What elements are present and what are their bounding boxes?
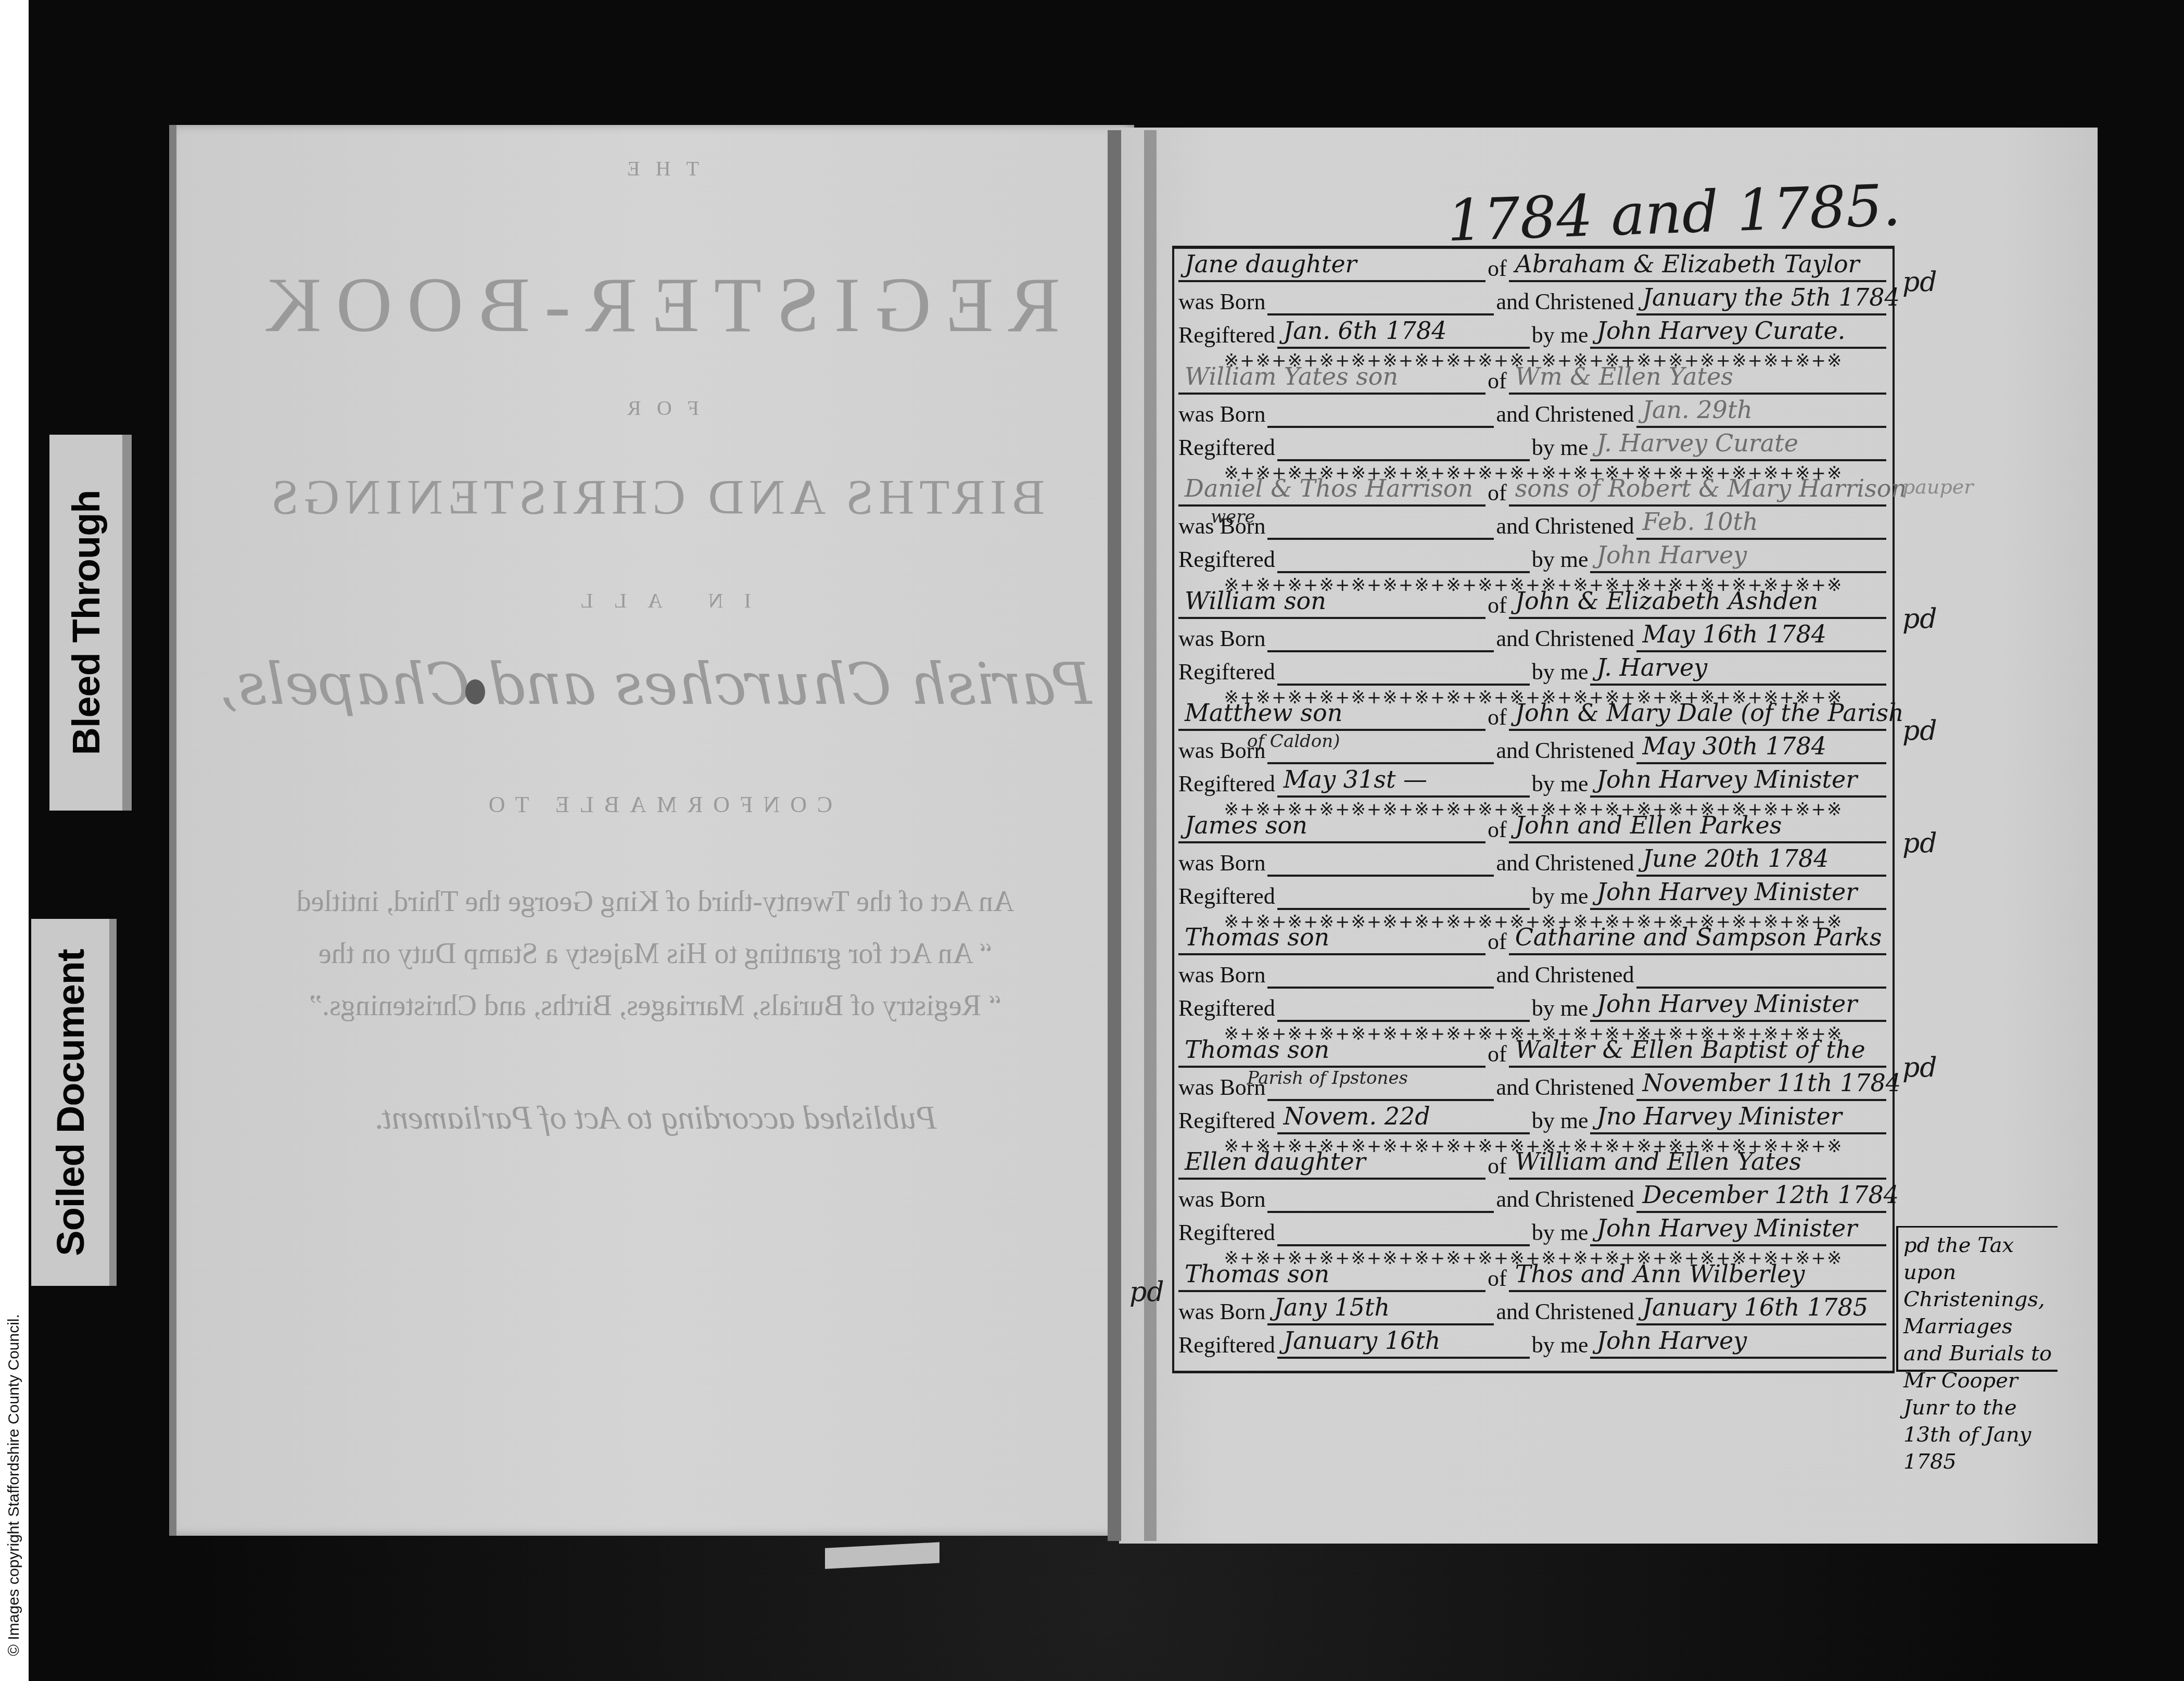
christened-field: December 12th 1784 [1636,1181,1886,1213]
parents-name: John and Ellen Parkes [1515,811,1782,839]
of-label: of [1488,818,1507,843]
and-christened-label: and Christened [1496,1188,1634,1213]
parents-name: Catharine and Sampson Parks [1515,923,1882,951]
margin-annotation: pd [1129,1276,1164,1308]
entry-name-row: Thomas son of Walter & Ellen Baptist of … [1174,1034,1893,1068]
by-field: J. Harvey [1590,653,1886,686]
parents-field: Wm & Ellen Yates [1509,362,1886,395]
registered-field [1277,990,1530,1022]
child-name: Matthew son [1185,699,1342,727]
registered-field [1277,429,1530,461]
bleed-act-line-3: “ Registry of Burials, Marriages, Births… [176,989,1134,1022]
registered-label: Regiftered [1178,1221,1275,1246]
by-me-label: by me [1532,997,1589,1022]
of-label: of [1488,1155,1507,1180]
and-christened-label: and Christened [1496,290,1634,315]
bleed-through-tag: Bleed Through [49,435,132,811]
register-entry: James son of John and Ellen Parkes was B… [1174,810,1893,922]
was-born-label: was Born [1178,1300,1265,1325]
registered-label: Regiftered [1178,885,1275,910]
registered-field [1277,1214,1530,1246]
registered-label: Regiftered [1178,436,1275,461]
registrar-name: John Harvey [1596,1326,1747,1355]
by-field: John Harvey Minister [1590,990,1886,1022]
of-label: of [1488,1267,1507,1292]
and-christened-label: and Christened [1496,515,1634,540]
tax-margin-note: pd the Tax upon Christenings, Marriages … [1896,1226,2058,1372]
entry-registered-row: Regiftered January 16th by me John Harve… [1174,1325,1893,1359]
was-born-label: was Born [1178,964,1265,989]
registered-label: Regiftered [1178,773,1275,798]
registrar-name: Jno Harvey Minister [1596,1102,1842,1130]
by-me-label: by me [1532,436,1589,461]
child-field: William Yates son [1178,362,1485,395]
christened-field: January the 5th 1784 [1636,283,1886,315]
entry-born-row: was Born and Christened May 16th 1784 [1174,619,1893,652]
child-name: William Yates son [1185,362,1398,390]
and-christened-label: and Christened [1496,852,1634,877]
parents-name: John & Elizabeth Ashden [1515,587,1818,615]
registered-date: Jan. 6th 1784 [1284,317,1447,345]
born-field [1267,1181,1494,1213]
registrar-name: J. Harvey Curate [1596,429,1798,457]
christened-field: November 11th 1784 [1636,1069,1886,1101]
child-field: Ellen daughter [1178,1147,1485,1180]
spine-stain [1108,130,1121,1541]
christened-date: January 16th 1785 [1643,1293,1868,1321]
bleed-in-all: IN ALL [176,588,1134,613]
was-born-label: was Born [1178,290,1265,315]
of-label: of [1488,482,1507,507]
entry-born-row: was Born Jany 15th and Christened Januar… [1174,1292,1893,1325]
bleed-through-label: Bleed Through [64,490,108,755]
entry-name-row: Daniel & Thos Harrison of sons of Robert… [1174,473,1893,507]
christened-date: Feb. 10th [1643,508,1758,536]
christened-date: Jan. 29th [1643,396,1753,424]
soiled-document-tag: Soiled Document [31,919,117,1286]
entry-name-row: Thomas son of Thos and Ann Wilberley [1174,1259,1893,1292]
born-field [1267,844,1494,877]
by-field: J. Harvey Curate [1590,429,1886,461]
registrar-name: John Harvey Minister [1596,765,1857,793]
by-me-label: by me [1532,661,1589,686]
entry-born-row: was Born and Christened Feb. 10th [1174,507,1893,540]
child-field: Jane daughter [1178,250,1485,282]
and-christened-label: and Christened [1496,964,1634,989]
child-field: Thomas son [1178,1260,1485,1292]
child-field: William son [1178,587,1485,619]
born-field [1267,283,1494,315]
registrar-name: John Harvey Minister [1596,1214,1857,1242]
register-table: Jane daughter of Abraham & Elizabeth Tay… [1172,246,1895,1373]
by-me-label: by me [1532,1109,1589,1134]
registered-label: Regiftered [1178,661,1275,686]
child-name: James son [1185,811,1307,839]
margin-annotation: pd [1902,267,1937,298]
registered-date: May 31st — [1284,765,1427,793]
copyright-strip: © Images copyright Staffordshire County … [0,0,29,1681]
parents-name: Walter & Ellen Baptist of the [1515,1035,1865,1064]
parents-field: John & Elizabeth Ashden [1509,587,1886,619]
child-field: Thomas son [1178,1035,1485,1068]
child-name: Daniel & Thos Harrison [1185,474,1473,502]
entry-born-row: was Born and Christened December 12th 17… [1174,1180,1893,1213]
registered-label: Regiftered [1178,324,1275,349]
of-label: of [1488,706,1507,731]
interlinear-note: Parish of Ipstones [1247,1068,1408,1089]
interlinear-note: were [1211,507,1255,527]
registrar-name: John Harvey [1596,541,1747,569]
entry-name-row: William son of John & Elizabeth Ashden [1174,586,1893,619]
registered-label: Regiftered [1178,997,1275,1022]
register-entry: Ellen daughter of William and Ellen Yate… [1174,1146,1893,1259]
entry-born-row: was Born and Christened June 20th 1784 [1174,843,1893,877]
register-entry: Thomas son of Catharine and Sampson Park… [1174,922,1893,1034]
registered-label: Regiftered [1178,1109,1275,1134]
child-name: Jane daughter [1185,250,1357,278]
entry-registered-row: Regiftered by me John Harvey Minister [1174,1213,1893,1246]
by-me-label: by me [1532,548,1589,573]
registered-field [1277,878,1530,910]
copyright-notice: © Images copyright Staffordshire County … [5,1314,23,1656]
registered-field [1277,541,1530,573]
by-me-label: by me [1532,1334,1589,1359]
entry-registered-row: Regiftered by me J. Harvey Curate [1174,428,1893,461]
register-entry: Daniel & Thos Harrison of sons of Robert… [1174,473,1893,586]
bleed-the: THE [176,156,1134,181]
parents-name: John & Mary Dale (of the Parish [1515,699,1904,727]
christened-field: June 20th 1784 [1636,844,1886,877]
registered-label: Regiftered [1178,548,1275,573]
of-label: of [1488,257,1507,282]
parents-field: William and Ellen Yates [1509,1147,1886,1180]
margin-annotation: pd [1902,715,1937,747]
entry-name-row: Thomas son of Catharine and Sampson Park… [1174,922,1893,955]
born-field [1267,956,1494,989]
register-entry: Thomas son of Thos and Ann Wilberley was… [1174,1259,1893,1371]
christened-date: May 16th 1784 [1643,620,1826,648]
register-entry: Thomas son of Walter & Ellen Baptist of … [1174,1034,1893,1147]
register-entry: Matthew son of John & Mary Dale (of the … [1174,698,1893,810]
and-christened-label: and Christened [1496,403,1634,428]
bleed-parish-churches: Parish Churches and Chapels, [176,651,1134,717]
by-field: John Harvey [1590,1326,1886,1359]
child-name: Thomas son [1185,923,1329,951]
by-me-label: by me [1532,324,1589,349]
registered-label: Regiftered [1178,1334,1275,1359]
born-date: Jany 15th [1274,1293,1390,1321]
registrar-name: John Harvey Minister [1596,878,1857,906]
parents-name: sons of Robert & Mary Harrison [1515,474,1907,502]
christened-field: Feb. 10th [1636,508,1886,540]
bleed-conformable: CONFORMABLE TO [176,791,1134,818]
child-field: Thomas son [1178,923,1485,955]
bleed-published: Published according to Act of Parliament… [176,1098,1134,1137]
of-label: of [1488,1043,1507,1068]
was-born-label: was Born [1178,852,1265,877]
soiled-document-label: Soiled Document [48,949,93,1256]
registered-date: January 16th [1284,1326,1441,1355]
entry-born-row: was Born and Christened [1174,955,1893,989]
born-field [1267,396,1494,428]
and-christened-label: and Christened [1496,739,1634,764]
christened-date: December 12th 1784 [1643,1181,1899,1209]
child-field: Matthew son [1178,699,1485,731]
entry-name-row: James son of John and Ellen Parkes [1174,810,1893,843]
interlinear-note: of Caldon) [1247,731,1340,752]
parents-field: Walter & Ellen Baptist of the [1509,1035,1886,1068]
register-entry: William Yates son of Wm & Ellen Yates wa… [1174,361,1893,474]
of-label: of [1488,370,1507,395]
register-entry: Jane daughter of Abraham & Elizabeth Tay… [1174,249,1893,361]
entry-registered-row: Regiftered by me J. Harvey [1174,652,1893,686]
and-christened-label: and Christened [1496,1076,1634,1101]
by-field: Jno Harvey Minister [1590,1102,1886,1134]
margin-annotation: pauper [1902,475,1973,498]
by-me-label: by me [1532,885,1589,910]
child-name: William son [1185,587,1326,615]
and-christened-label: and Christened [1496,627,1634,652]
entry-registered-row: Regiftered by me John Harvey [1174,540,1893,573]
and-christened-label: and Christened [1496,1300,1634,1325]
parents-field: John & Mary Dale (of the Parish [1509,699,1886,731]
parents-field: John and Ellen Parkes [1509,811,1886,843]
by-field: John Harvey [1590,541,1886,573]
child-name: Thomas son [1185,1035,1329,1064]
bleed-for: FOR [176,396,1134,420]
margin-annotation: pd [1902,603,1937,635]
born-field: Jany 15th [1267,1293,1494,1325]
christened-field: May 30th 1784 [1636,732,1886,764]
margin-annotation: pd [1902,828,1937,859]
registered-field [1277,653,1530,686]
child-field: Daniel & Thos Harrison [1178,474,1485,507]
bleed-act-line-2: “ An Act for granting to His Majesty a S… [176,937,1134,970]
was-born-label: was Born [1178,627,1265,652]
by-me-label: by me [1532,773,1589,798]
registrar-name: J. Harvey [1596,653,1707,681]
ink-blot [465,679,485,704]
registrar-name: John Harvey Curate. [1596,317,1845,345]
child-name: Thomas son [1185,1260,1329,1288]
registered-field: January 16th [1277,1326,1530,1359]
by-field: John Harvey Minister [1590,878,1886,910]
parents-name: Abraham & Elizabeth Taylor [1515,250,1860,278]
christened-field: January 16th 1785 [1636,1293,1886,1325]
of-label: of [1488,594,1507,619]
entry-registered-row: Regiftered by me John Harvey Minister [1174,877,1893,910]
register-entry: William son of John & Elizabeth Ashden w… [1174,586,1893,698]
bleed-births-christenings: BIRTHS AND CHRISTENINGS [176,469,1134,526]
child-field: James son [1178,811,1485,843]
parents-field: sons of Robert & Mary Harrison [1509,474,1886,507]
christened-date: November 11th 1784 [1643,1069,1901,1097]
parents-field: Thos and Ann Wilberley [1509,1260,1886,1292]
christened-field: May 16th 1784 [1636,620,1886,652]
by-field: John Harvey Curate. [1590,317,1886,349]
by-me-label: by me [1532,1221,1589,1246]
was-born-label: was Born [1178,1188,1265,1213]
entry-born-row: was Born and Christened January the 5th … [1174,282,1893,315]
registered-field: Novem. 22d [1277,1102,1530,1134]
entry-name-row: Matthew son of John & Mary Dale (of the … [1174,698,1893,731]
entry-registered-row: Regiftered by me John Harvey Minister [1174,989,1893,1022]
registrar-name: John Harvey Minister [1596,990,1857,1018]
registered-date: Novem. 22d [1284,1102,1430,1130]
registered-field: May 31st — [1277,765,1530,798]
was-born-label: was Born [1178,403,1265,428]
christened-field: Jan. 29th [1636,396,1886,428]
entry-born-row: was Born and Christened Jan. 29th [1174,395,1893,428]
by-field: John Harvey Minister [1590,1214,1886,1246]
entry-registered-row: Regiftered May 31st — by me John Harvey … [1174,764,1893,798]
entry-registered-row: Regiftered Novem. 22d by me Jno Harvey M… [1174,1101,1893,1134]
parents-name: William and Ellen Yates [1515,1147,1801,1176]
spine-stain-secondary [1144,130,1157,1541]
left-page: THE REGISTER-BOOK FOR BIRTHS AND CHRISTE… [169,125,1134,1536]
registered-field: Jan. 6th 1784 [1277,317,1530,349]
entry-registered-row: Regiftered Jan. 6th 1784 by me John Harv… [1174,315,1893,349]
born-field [1267,620,1494,652]
of-label: of [1488,930,1507,955]
parents-name: Wm & Ellen Yates [1515,362,1733,390]
christened-date: May 30th 1784 [1643,732,1826,760]
christened-date: June 20th 1784 [1643,844,1829,873]
parents-field: Abraham & Elizabeth Taylor [1509,250,1886,282]
christened-field [1636,956,1886,989]
child-name: Ellen daughter [1185,1147,1366,1176]
christened-date: January the 5th 1784 [1643,283,1900,311]
parents-field: Catharine and Sampson Parks [1509,923,1886,955]
bleed-act-line-1: An Act of the Twenty-third of King Georg… [176,885,1134,918]
born-field [1267,508,1494,540]
bleed-through-title: THE REGISTER-BOOK FOR BIRTHS AND CHRISTE… [176,125,1134,1536]
entry-name-row: Ellen daughter of William and Ellen Yate… [1174,1146,1893,1180]
entry-name-row: Jane daughter of Abraham & Elizabeth Tay… [1174,249,1893,282]
parents-name: Thos and Ann Wilberley [1515,1260,1805,1288]
entry-name-row: William Yates son of Wm & Ellen Yates [1174,361,1893,395]
bleed-register-book: REGISTER-BOOK [176,260,1134,350]
margin-annotation: pd [1902,1052,1937,1083]
by-field: John Harvey Minister [1590,765,1886,798]
